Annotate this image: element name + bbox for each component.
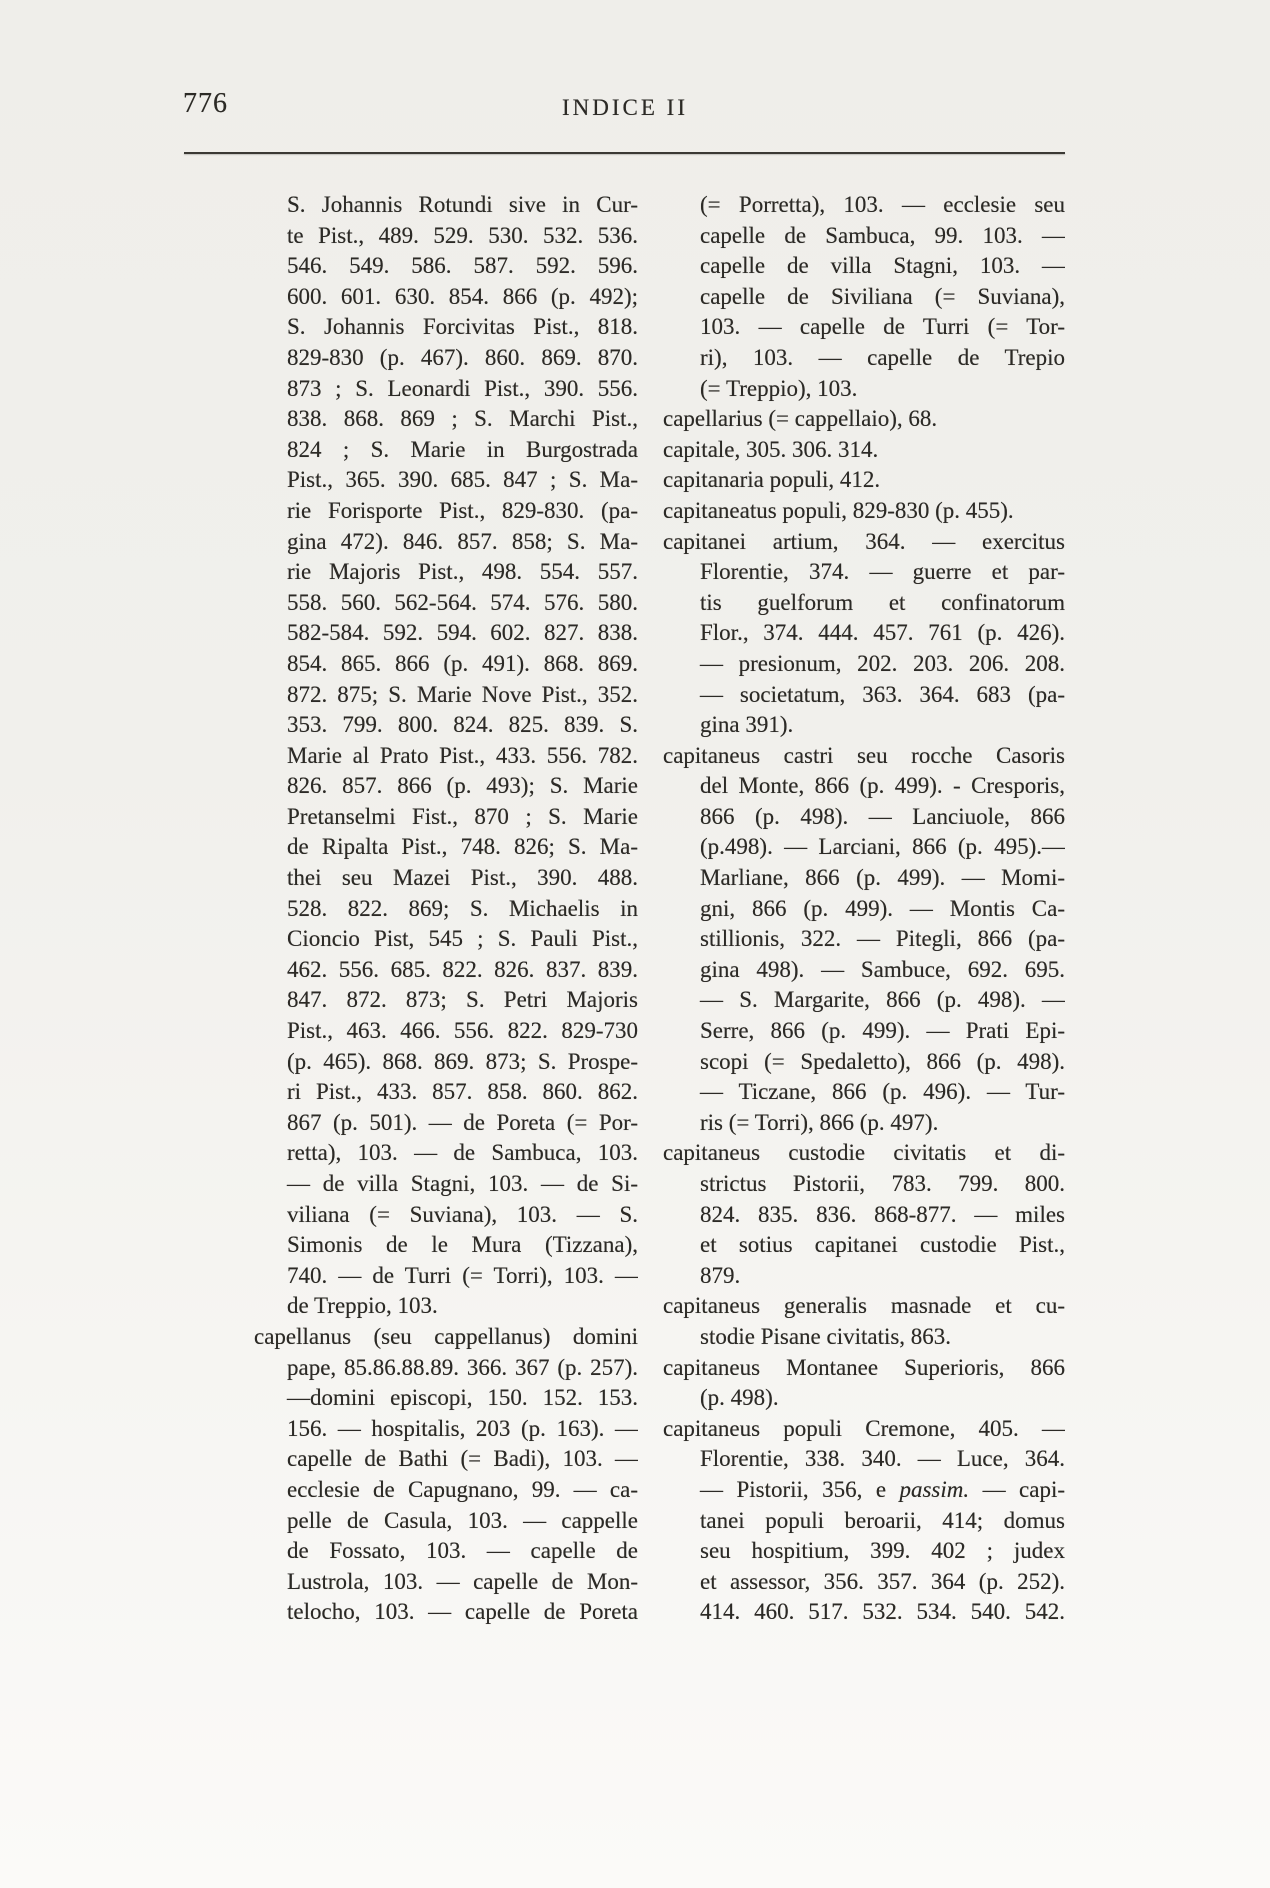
index-column-right: (= Porretta), 103. — ecclesie seucapelle… (663, 190, 1065, 1628)
index-line: Pist., 463. 466. 556. 822. 829-730 (254, 1016, 638, 1047)
index-line: gina 391). (663, 710, 1065, 741)
index-line: 824. 835. 836. 868-877. — miles (663, 1200, 1065, 1231)
index-line: 879. (663, 1261, 1065, 1292)
index-line: Simonis de le Mura (Tizzana), (254, 1230, 638, 1261)
index-line: et sotius capitanei custodie Pist., (663, 1230, 1065, 1261)
index-line: 829-830 (p. 467). 860. 869. 870. (254, 343, 638, 374)
header-rule (184, 152, 1065, 154)
index-line: capitaneus populi Cremone, 405. — (663, 1414, 1065, 1445)
index-line: viliana (= Suviana), 103. — S. (254, 1200, 638, 1231)
index-line: retta), 103. — de Sambuca, 103. (254, 1138, 638, 1169)
index-line: — Pistorii, 356, e passim. — capi- (663, 1475, 1065, 1506)
index-line: 838. 868. 869 ; S. Marchi Pist., (254, 404, 638, 435)
index-line: gina 472). 846. 857. 858; S. Ma- (254, 527, 638, 558)
index-line: capitaneus Montanee Superioris, 866 (663, 1353, 1065, 1384)
index-line: 847. 872. 873; S. Petri Majoris (254, 985, 638, 1016)
index-line: de Fossato, 103. — capelle de (254, 1536, 638, 1567)
index-line: 558. 560. 562-564. 574. 576. 580. (254, 588, 638, 619)
index-line: stodie Pisane civitatis, 863. (663, 1322, 1065, 1353)
index-line: capelle de Sambuca, 99. 103. — (663, 221, 1065, 252)
index-line: capitaneus generalis masnade et cu- (663, 1291, 1065, 1322)
index-line: 156. — hospitalis, 203 (p. 163). — (254, 1414, 638, 1445)
index-line: 872. 875; S. Marie Nove Pist., 352. (254, 680, 638, 711)
index-line: tis guelforum et confinatorum (663, 588, 1065, 619)
index-line: Marliane, 866 (p. 499). — Momi- (663, 863, 1065, 894)
index-line: (= Treppio), 103. (663, 374, 1065, 405)
page-header-title: INDICE II (185, 95, 1065, 121)
index-line: 873 ; S. Leonardi Pist., 390. 556. (254, 374, 638, 405)
index-line: 462. 556. 685. 822. 826. 837. 839. (254, 955, 638, 986)
index-line: Cioncio Pist, 545 ; S. Pauli Pist., (254, 924, 638, 955)
index-line: Marie al Prato Pist., 433. 556. 782. (254, 741, 638, 772)
index-line: —domini episcopi, 150. 152. 153. (254, 1383, 638, 1414)
index-line: Lustrola, 103. — capelle de Mon- (254, 1567, 638, 1598)
index-line: capellarius (= cappellaio), 68. (663, 404, 1065, 435)
index-line: 600. 601. 630. 854. 866 (p. 492); (254, 282, 638, 313)
index-line: S. Johannis Rotundi sive in Cur- (254, 190, 638, 221)
index-line: capellanus (seu cappellanus) domini (254, 1322, 638, 1353)
index-line: capitaneus castri seu rocche Casoris (663, 741, 1065, 772)
index-line: (p. 465). 868. 869. 873; S. Prospe- (254, 1047, 638, 1078)
index-line: Florentie, 338. 340. — Luce, 364. (663, 1444, 1065, 1475)
index-line: 546. 549. 586. 587. 592. 596. (254, 251, 638, 282)
index-line: seu hospitium, 399. 402 ; judex (663, 1536, 1065, 1567)
index-line: scopi (= Spedaletto), 866 (p. 498). (663, 1047, 1065, 1078)
index-line: strictus Pistorii, 783. 799. 800. (663, 1169, 1065, 1200)
index-line: 824 ; S. Marie in Burgostrada (254, 435, 638, 466)
index-line: (p.498). — Larciani, 866 (p. 495).— (663, 832, 1065, 863)
index-line: pelle de Casula, 103. — cappelle (254, 1506, 638, 1537)
index-line: capitaneus custodie civitatis et di- (663, 1138, 1065, 1169)
index-line: tanei populi beroarii, 414; domus (663, 1506, 1065, 1537)
index-line: pape, 85.86.88.89. 366. 367 (p. 257). (254, 1353, 638, 1384)
index-line: capitaneatus populi, 829-830 (p. 455). (663, 496, 1065, 527)
index-line: rie Forisporte Pist., 829-830. (pa- (254, 496, 638, 527)
index-line: capitanei artium, 364. — exercitus (663, 527, 1065, 558)
index-line: S. Johannis Forcivitas Pist., 818. (254, 312, 638, 343)
index-column-left: S. Johannis Rotundi sive in Cur-te Pist.… (254, 190, 638, 1628)
index-line: — S. Margarite, 866 (p. 498). — (663, 985, 1065, 1016)
index-line: et assessor, 356. 357. 364 (p. 252). (663, 1567, 1065, 1598)
index-line: capitale, 305. 306. 314. (663, 435, 1065, 466)
index-line: Serre, 866 (p. 499). — Prati Epi- (663, 1016, 1065, 1047)
index-line: stillionis, 322. — Pitegli, 866 (pa- (663, 924, 1065, 955)
index-line: 582-584. 592. 594. 602. 827. 838. (254, 618, 638, 649)
index-line: 826. 857. 866 (p. 493); S. Marie (254, 771, 638, 802)
index-line: — societatum, 363. 364. 683 (pa- (663, 680, 1065, 711)
index-line: Flor., 374. 444. 457. 761 (p. 426). (663, 618, 1065, 649)
index-line: de Ripalta Pist., 748. 826; S. Ma- (254, 832, 638, 863)
index-line: capelle de Siviliana (= Suviana), (663, 282, 1065, 313)
index-line: 103. — capelle de Turri (= Tor- (663, 312, 1065, 343)
index-line: 414. 460. 517. 532. 534. 540. 542. (663, 1597, 1065, 1628)
index-line: — de villa Stagni, 103. — de Si- (254, 1169, 638, 1200)
index-line: (p. 498). (663, 1383, 1065, 1414)
index-line: 854. 865. 866 (p. 491). 868. 869. (254, 649, 638, 680)
index-line: (= Porretta), 103. — ecclesie seu (663, 190, 1065, 221)
index-line: Florentie, 374. — guerre et par- (663, 557, 1065, 588)
index-line: 867 (p. 501). — de Poreta (= Por- (254, 1108, 638, 1139)
index-line: telocho, 103. — capelle de Poreta (254, 1597, 638, 1628)
index-line: — Ticzane, 866 (p. 496). — Tur- (663, 1077, 1065, 1108)
index-line: te Pist., 489. 529. 530. 532. 536. (254, 221, 638, 252)
index-line: rie Majoris Pist., 498. 554. 557. (254, 557, 638, 588)
index-line: ri Pist., 433. 857. 858. 860. 862. (254, 1077, 638, 1108)
index-line: 866 (p. 498). — Lanciuole, 866 (663, 802, 1065, 833)
index-line: de Treppio, 103. (254, 1291, 638, 1322)
index-line: ris (= Torri), 866 (p. 497). (663, 1108, 1065, 1139)
index-line: capelle de Bathi (= Badi), 103. — (254, 1444, 638, 1475)
index-line: 740. — de Turri (= Torri), 103. — (254, 1261, 638, 1292)
index-line: ecclesie de Capugnano, 99. — ca- (254, 1475, 638, 1506)
index-line: thei seu Mazei Pist., 390. 488. (254, 863, 638, 894)
index-line: 528. 822. 869; S. Michaelis in (254, 894, 638, 925)
index-line: 353. 799. 800. 824. 825. 839. S. (254, 710, 638, 741)
index-line: Pist., 365. 390. 685. 847 ; S. Ma- (254, 465, 638, 496)
book-page: 776 INDICE II S. Johannis Rotundi sive i… (0, 0, 1270, 1888)
index-line: gni, 866 (p. 499). — Montis Ca- (663, 894, 1065, 925)
index-line: capelle de villa Stagni, 103. — (663, 251, 1065, 282)
index-line: Pretanselmi Fist., 870 ; S. Marie (254, 802, 638, 833)
index-line: gina 498). — Sambuce, 692. 695. (663, 955, 1065, 986)
index-line: ri), 103. — capelle de Trepio (663, 343, 1065, 374)
index-line: — presionum, 202. 203. 206. 208. (663, 649, 1065, 680)
index-line: del Monte, 866 (p. 499). - Cresporis, (663, 771, 1065, 802)
index-line: capitanaria populi, 412. (663, 465, 1065, 496)
